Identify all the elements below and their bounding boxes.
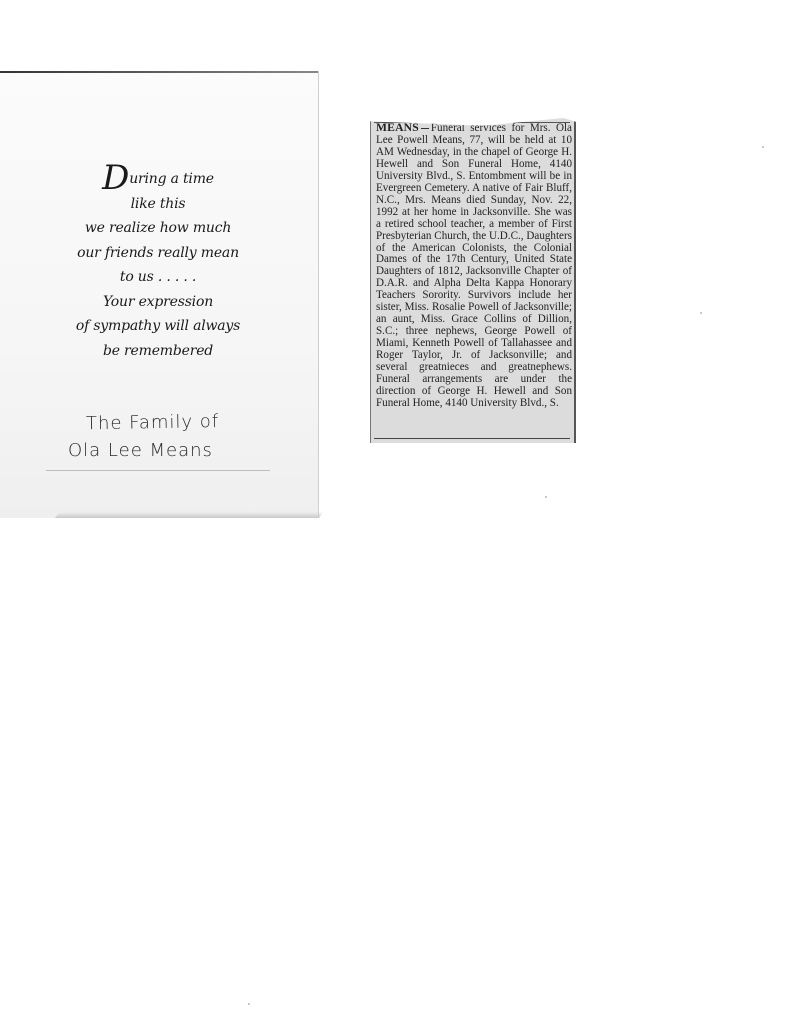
- verse-line-7: of sympathy will always: [58, 314, 258, 339]
- headline-dash: [421, 128, 429, 129]
- clipping-bottom-rule: [374, 438, 570, 439]
- signature-line-1: The Family of: [60, 407, 260, 438]
- verse-dropcap: D: [102, 158, 129, 198]
- card-fold-shadow: [55, 512, 323, 518]
- sympathy-card: During a time like this we realize how m…: [0, 71, 319, 518]
- verse-line-5: to us . . . . .: [58, 265, 258, 290]
- verse-line-6: Your expression: [58, 290, 258, 315]
- obituary-text: MEANSFuneral services for Mrs. Ola Lee P…: [376, 122, 572, 410]
- scan-speck: [700, 312, 702, 314]
- obituary-body: Funeral services for Mrs. Ola Lee Powell…: [376, 122, 572, 409]
- verse-line-4: our friends really mean: [58, 241, 258, 266]
- signature-line-2: Ola Lee Means: [60, 437, 260, 465]
- verse-line-3: we realize how much: [58, 216, 258, 241]
- obituary-clipping: MEANSFuneral services for Mrs. Ola Lee P…: [370, 118, 576, 443]
- scan-speck: [248, 1003, 250, 1005]
- card-top-edge: [0, 71, 318, 73]
- obituary-headline: MEANS: [376, 121, 419, 134]
- card-divider: [46, 470, 270, 471]
- verse-line-2: like this: [58, 192, 258, 217]
- scan-speck: [762, 146, 764, 148]
- scan-speck: [545, 496, 547, 498]
- card-verse: During a time like this we realize how m…: [58, 167, 258, 363]
- verse-line-1: During a time: [58, 167, 258, 192]
- verse-line-8: be remembered: [58, 339, 258, 364]
- handwritten-signature: The Family of Ola Lee Means: [60, 409, 260, 465]
